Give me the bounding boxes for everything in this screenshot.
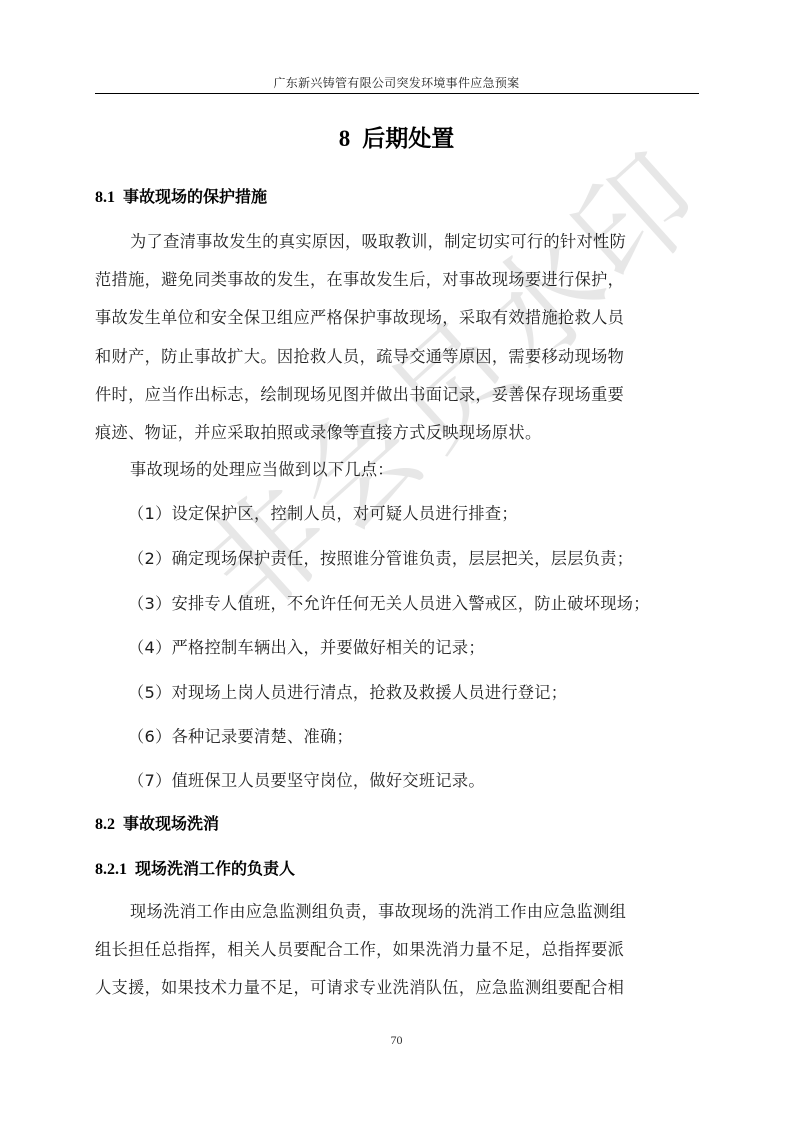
section-title: 事故现场洗消 [123, 814, 219, 833]
list-item: （2）确定现场保护责任，按照谁分管谁负责，层层把关，层层负责； [128, 545, 633, 569]
paragraph-line: 痕迹、物证，并应采取拍照或录像等直接方式反映现场原状。 [95, 414, 699, 452]
paragraph-line: 人支援，如果技术力量不足，可请求专业洗消队伍，应急监测组要配合相 [95, 969, 699, 1007]
section-heading-8-2: 8.2事故现场洗消 [95, 811, 219, 834]
header-divider [95, 93, 699, 94]
paragraph-line: 范措施，避免同类事故的发生，在事故发生后，对事故现场要进行保护， [95, 261, 699, 299]
list-intro: 事故现场的处理应当做到以下几点： [130, 456, 394, 480]
paragraph-line: 事故发生单位和安全保卫组应严格保护事故现场，采取有效措施抢救人员 [95, 299, 699, 337]
list-item: （6）各种记录要清楚、准确； [128, 723, 353, 747]
section-number: 8.2 [95, 816, 115, 833]
subsection-heading-8-2-1: 8.2.1现场洗消工作的负责人 [95, 856, 295, 879]
subsection-title: 现场洗消工作的负责人 [135, 859, 295, 878]
subsection-number: 8.2.1 [95, 861, 127, 878]
chapter-title-text: 后期处置 [362, 126, 454, 152]
section-heading-8-1: 8.1事故现场的保护措施 [95, 184, 267, 207]
chapter-title: 8后期处置 [0, 120, 793, 153]
paragraph-line: 件时，应当作出标志，绘制现场见图并做出书面记录，妥善保存现场重要 [95, 376, 699, 414]
page-number: 70 [0, 1033, 793, 1048]
paragraph-line: 和财产，防止事故扩大。因抢救人员，疏导交通等原因，需要移动现场物 [95, 338, 699, 376]
section-8-2-1-paragraph: 现场洗消工作由应急监测组负责，事故现场的洗消工作由应急监测组 组长担任总指挥，相… [95, 893, 699, 1008]
list-item: （7）值班保卫人员要坚守岗位，做好交班记录。 [128, 767, 485, 791]
list-item: （1）设定保护区，控制人员，对可疑人员进行排查； [128, 500, 518, 524]
paragraph-line: 为了查清事故发生的真实原因，吸取教训，制定切实可行的针对性防 [95, 223, 699, 261]
paragraph-line: 组长担任总指挥，相关人员要配合工作，如果洗消力量不足，总指挥要派 [95, 931, 699, 969]
list-item: （3）安排专人值班，不允许任何无关人员进入警戒区，防止破坏现场； [128, 590, 650, 614]
section-8-1-paragraph: 为了查清事故发生的真实原因，吸取教训，制定切实可行的针对性防 范措施，避免同类事… [95, 223, 699, 452]
chapter-number: 8 [339, 126, 351, 151]
section-title: 事故现场的保护措施 [123, 187, 267, 206]
section-number: 8.1 [95, 189, 115, 206]
list-item: （4）严格控制车辆出入，并要做好相关的记录； [128, 634, 485, 658]
list-item: （5）对现场上岗人员进行清点，抢救及救援人员进行登记； [128, 679, 567, 703]
paragraph-line: 现场洗消工作由应急监测组负责，事故现场的洗消工作由应急监测组 [95, 893, 699, 931]
running-header: 广东新兴铸管有限公司突发环境事件应急预案 [0, 74, 793, 91]
